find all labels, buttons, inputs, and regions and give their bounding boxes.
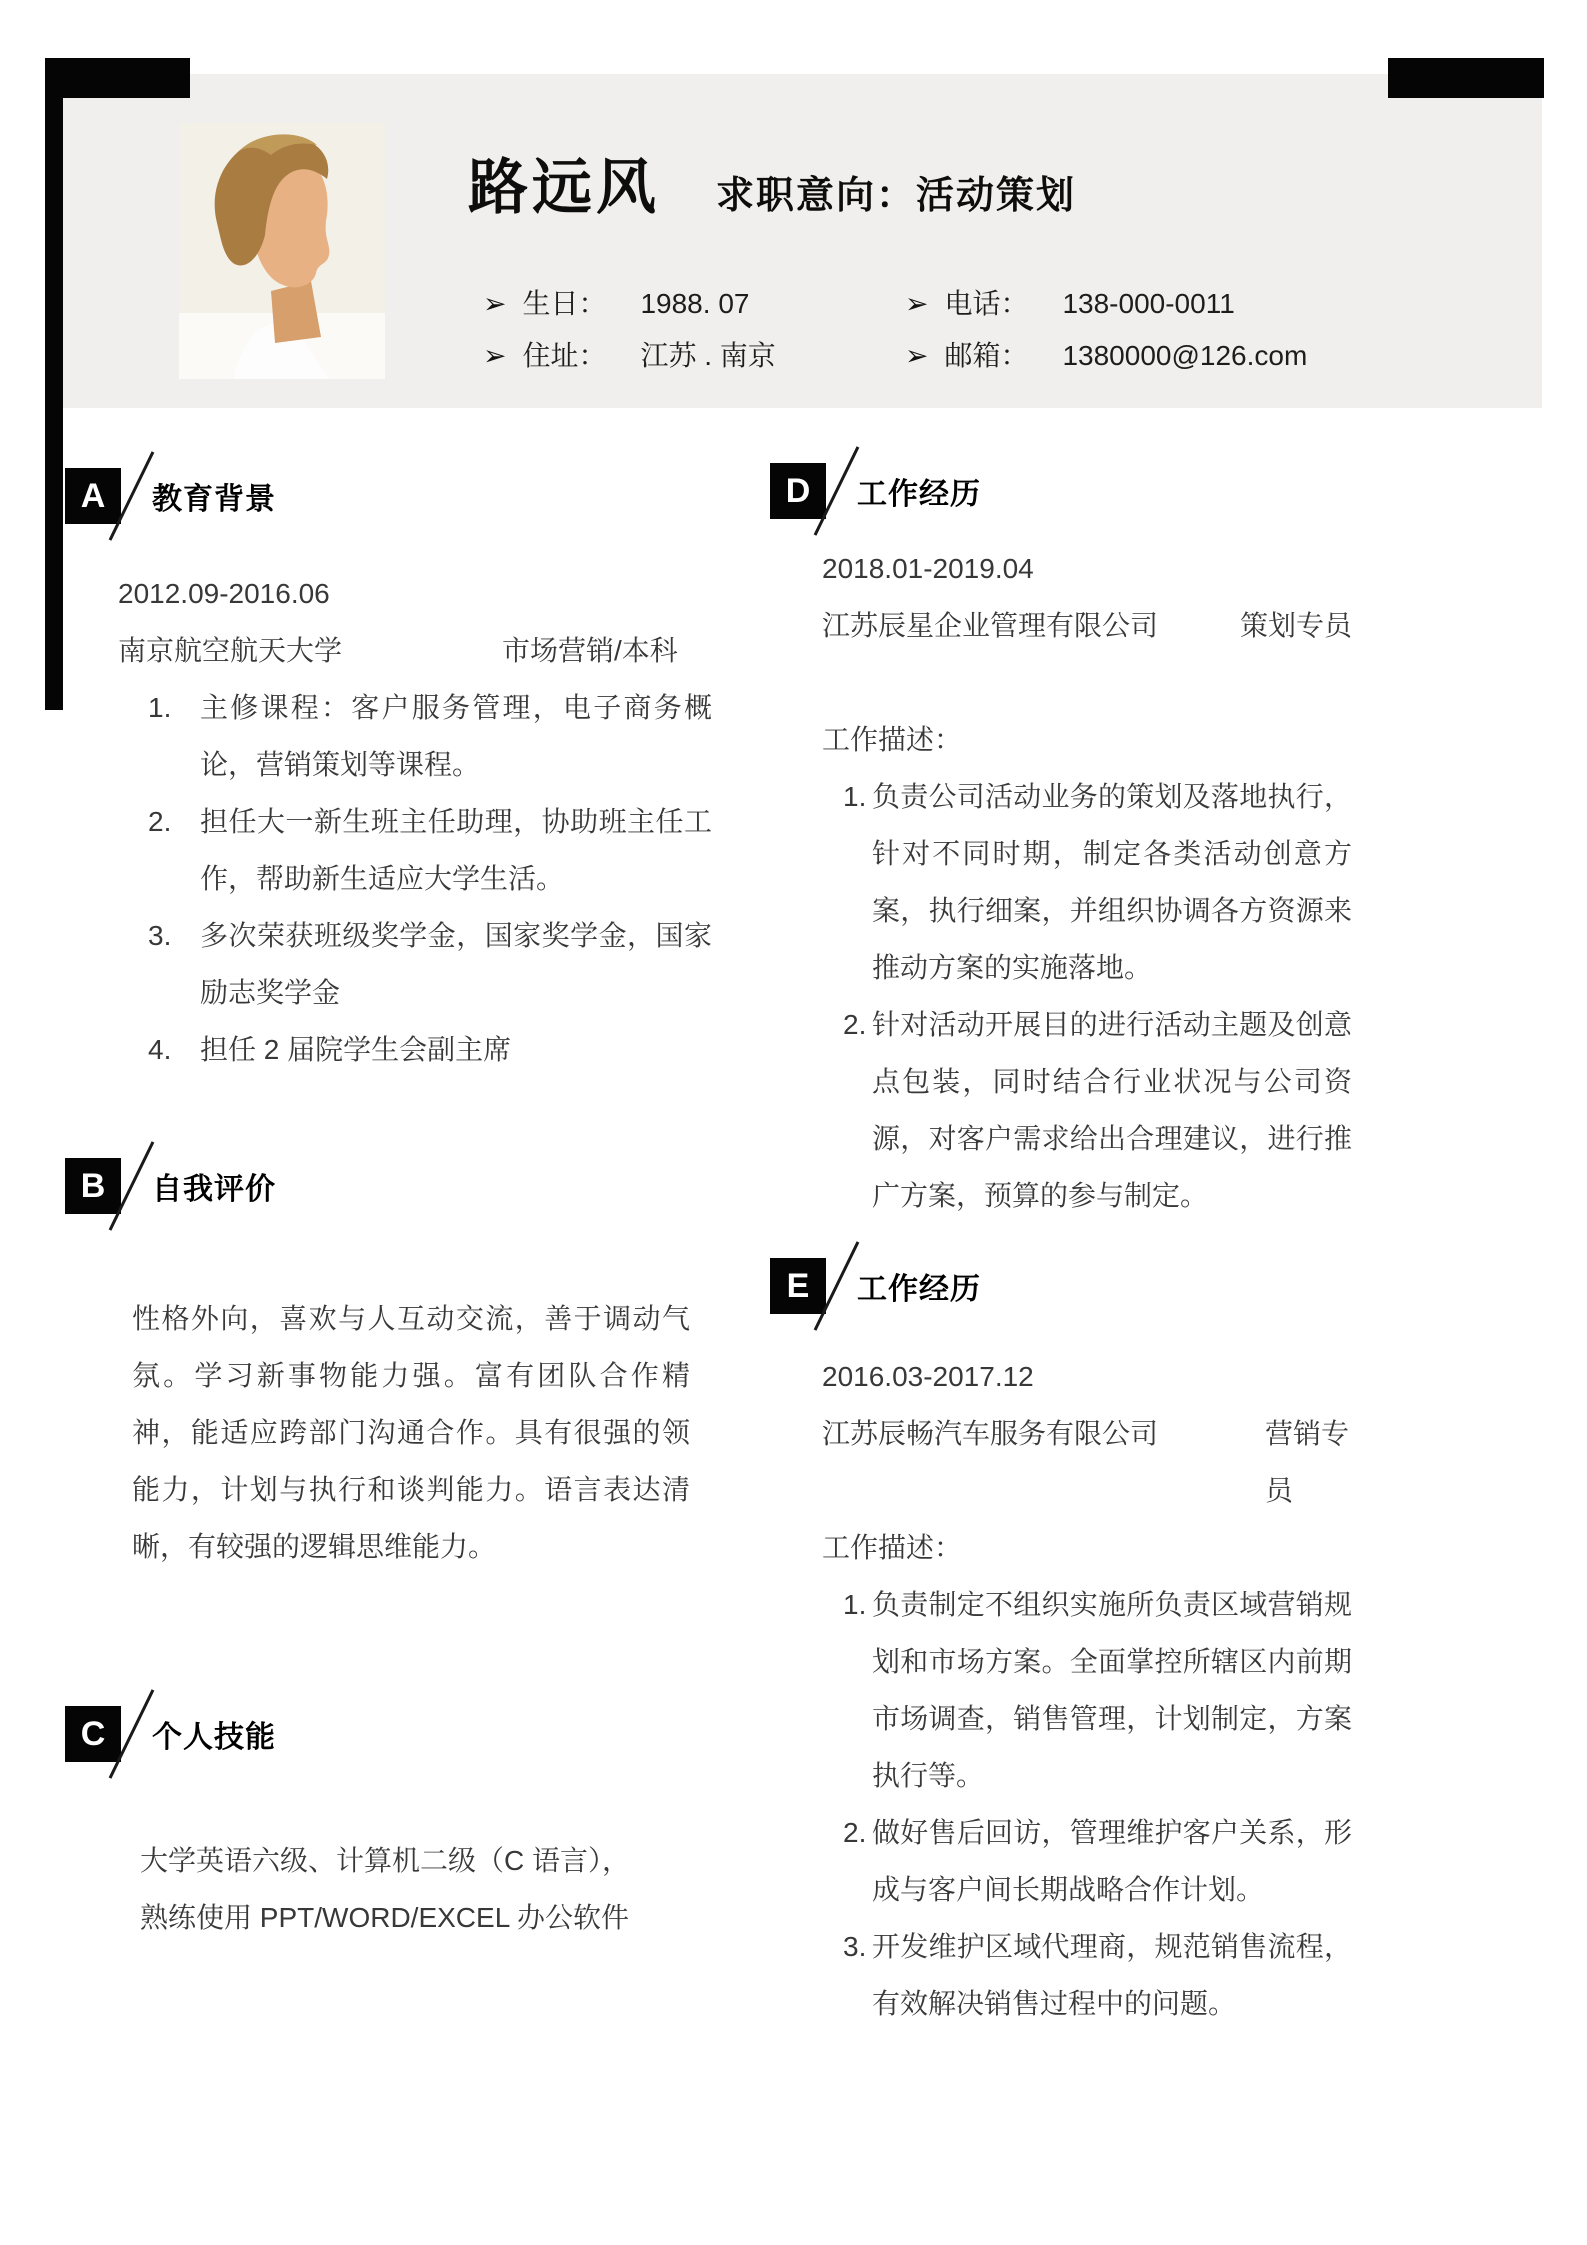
list-item: 2. 针对活动开展目的进行活动主题及创意点包装，同时结合行业状况与公司资源，对客… xyxy=(822,996,1362,1224)
education-school-row: 南京航空航天大学 市场营销/本科 xyxy=(118,622,718,679)
skills-block: 大学英语六级、计算机二级（C 语言）， 熟练使用 PPT/WORD/EXCEL … xyxy=(140,1832,760,1946)
job-intent: 求职意向：活动策划 xyxy=(716,164,1076,219)
contact-email: ➢邮箱：1380000@126.com xyxy=(905,334,1307,374)
arrow-bullet-icon: ➢ xyxy=(483,339,506,372)
list-item-number: 1. xyxy=(822,768,872,825)
contact-address: ➢住址：江苏 . 南京 xyxy=(483,334,776,374)
list-item-number: 2. xyxy=(118,793,200,850)
list-item: 3. 开发维护区域代理商，规范销售流程，有效解决销售过程中的问题。 xyxy=(822,1918,1362,2032)
work2-company-row: 江苏辰畅汽车服务有限公司 营销专员 xyxy=(822,1405,1362,1462)
list-item-number: 2. xyxy=(822,1804,872,1861)
work2-company: 江苏辰畅汽车服务有限公司 xyxy=(822,1418,1158,1449)
list-item-text: 担任 2 届院学生会副主席 xyxy=(200,1021,712,1078)
list-item-number: 4. xyxy=(118,1021,200,1078)
skills-line: 熟练使用 PPT/WORD/EXCEL 办公软件 xyxy=(140,1889,760,1946)
contact-label: 电话： xyxy=(944,282,1062,322)
list-item: 4. 担任 2 届院学生会副主席 xyxy=(118,1021,718,1078)
list-item-number: 1. xyxy=(822,1576,872,1633)
work2-role: 营销专员 xyxy=(1265,1405,1362,1519)
top-left-accent-bar xyxy=(45,58,190,98)
list-item-number: 2. xyxy=(822,996,872,1053)
education-list: 1. 主修课程：客户服务管理，电子商务概论，营销策划等课程。 2. 担任大一新生… xyxy=(118,679,718,1078)
list-item: 2. 担任大一新生班主任助理，协助班主任工作，帮助新生适应大学生活。 xyxy=(118,793,718,907)
list-item: 3. 多次荣获班级奖学金，国家奖学金，国家励志奖学金 xyxy=(118,907,718,1021)
arrow-bullet-icon: ➢ xyxy=(905,339,928,372)
profile-photo xyxy=(179,123,385,379)
section-title: 教育背景 xyxy=(152,474,276,518)
section-title: 工作经历 xyxy=(857,1264,981,1308)
contact-birthday: ➢生日：1988. 07 xyxy=(483,282,749,322)
section-badge: A xyxy=(65,468,121,524)
skills-line: 大学英语六级、计算机二级（C 语言）， xyxy=(140,1832,760,1889)
work1-list: 1. 负责公司活动业务的策划及落地执行，针对不同时期，制定各类活动创意方案，执行… xyxy=(822,768,1362,1224)
list-item-text: 做好售后回访，管理维护客户关系，形成与客户间长期战略合作计划。 xyxy=(872,1804,1352,1918)
section-title: 工作经历 xyxy=(857,469,981,513)
contact-value: 1988. 07 xyxy=(640,288,749,319)
work1-desc-label: 工作描述： xyxy=(822,711,1362,768)
list-item-text: 开发维护区域代理商，规范销售流程，有效解决销售过程中的问题。 xyxy=(872,1918,1352,2032)
section-badge: E xyxy=(770,1258,826,1314)
section-badge: D xyxy=(770,463,826,519)
list-item-number: 3. xyxy=(118,907,200,964)
list-item-text: 负责公司活动业务的策划及落地执行，针对不同时期，制定各类活动创意方案，执行细案，… xyxy=(872,768,1352,996)
top-right-accent-bar xyxy=(1388,58,1544,98)
work1-company: 江苏辰星企业管理有限公司 xyxy=(822,610,1158,641)
self-eval-paragraph: 性格外向，喜欢与人互动交流，善于调动气氛。学习新事物能力强。富有团队合作精神，能… xyxy=(132,1290,690,1575)
work2-period: 2016.03-2017.12 xyxy=(822,1348,1362,1405)
list-item: 1. 负责制定不组织实施所负责区域营销规划和市场方案。全面掌控所辖区内前期市场调… xyxy=(822,1576,1362,1804)
contact-value: 1380000@126.com xyxy=(1062,340,1307,371)
contact-label: 邮箱： xyxy=(944,334,1062,374)
contact-label: 住址： xyxy=(522,334,640,374)
left-accent-strip xyxy=(45,58,63,710)
work2-desc-label: 工作描述： xyxy=(822,1519,1362,1576)
work1-role: 策划专员 xyxy=(1240,597,1352,654)
header-title-row: 路远风 求职意向：活动策划 xyxy=(468,140,1076,226)
contact-phone: ➢电话：138-000-0011 xyxy=(905,282,1235,322)
work2-list: 1. 负责制定不组织实施所负责区域营销规划和市场方案。全面掌控所辖区内前期市场调… xyxy=(822,1576,1362,2032)
education-block: 2012.09-2016.06 南京航空航天大学 市场营销/本科 1. 主修课程… xyxy=(118,565,718,1078)
section-header-self-eval: B 自我评价 xyxy=(65,1158,276,1214)
spacer xyxy=(822,654,1362,711)
section-header-education: A 教育背景 xyxy=(65,468,276,524)
list-item-text: 主修课程：客户服务管理，电子商务概论，营销策划等课程。 xyxy=(200,679,712,793)
education-school: 南京航空航天大学 xyxy=(118,635,342,666)
list-item-text: 担任大一新生班主任助理，协助班主任工作，帮助新生适应大学生活。 xyxy=(200,793,712,907)
work1-company-row: 江苏辰星企业管理有限公司 策划专员 xyxy=(822,597,1362,654)
section-badge: C xyxy=(65,1706,121,1762)
contact-value: 138-000-0011 xyxy=(1062,288,1234,319)
section-badge: B xyxy=(65,1158,121,1214)
list-item: 1. 主修课程：客户服务管理，电子商务概论，营销策划等课程。 xyxy=(118,679,718,793)
list-item-text: 负责制定不组织实施所负责区域营销规划和市场方案。全面掌控所辖区内前期市场调查，销… xyxy=(872,1576,1352,1804)
candidate-name: 路远风 xyxy=(468,140,660,226)
arrow-bullet-icon: ➢ xyxy=(905,287,928,320)
work1-period: 2018.01-2019.04 xyxy=(822,540,1362,597)
list-item-number: 1. xyxy=(118,679,200,736)
section-title: 自我评价 xyxy=(152,1164,276,1208)
arrow-bullet-icon: ➢ xyxy=(483,287,506,320)
section-title: 个人技能 xyxy=(152,1712,276,1756)
section-header-work2: E 工作经历 xyxy=(770,1258,981,1314)
list-item-text: 多次荣获班级奖学金，国家奖学金，国家励志奖学金 xyxy=(200,907,712,1021)
list-item-text: 针对活动开展目的进行活动主题及创意点包装，同时结合行业状况与公司资源，对客户需求… xyxy=(872,996,1352,1224)
section-header-skills: C 个人技能 xyxy=(65,1706,276,1762)
list-item-number: 3. xyxy=(822,1918,872,1975)
education-period: 2012.09-2016.06 xyxy=(118,565,718,622)
list-item: 1. 负责公司活动业务的策划及落地执行，针对不同时期，制定各类活动创意方案，执行… xyxy=(822,768,1362,996)
work2-block: 2016.03-2017.12 江苏辰畅汽车服务有限公司 营销专员 工作描述： … xyxy=(822,1348,1362,2032)
contact-value: 江苏 . 南京 xyxy=(640,340,775,371)
list-item: 2. 做好售后回访，管理维护客户关系，形成与客户间长期战略合作计划。 xyxy=(822,1804,1362,1918)
education-major: 市场营销/本科 xyxy=(502,622,678,679)
section-header-work1: D 工作经历 xyxy=(770,463,981,519)
work1-block: 2018.01-2019.04 江苏辰星企业管理有限公司 策划专员 工作描述： … xyxy=(822,540,1362,1224)
contact-label: 生日： xyxy=(522,282,640,322)
